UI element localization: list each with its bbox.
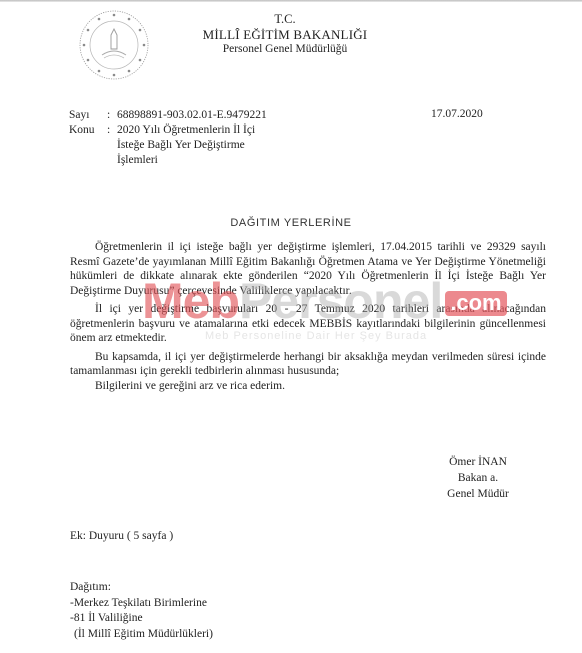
distribution-item: -Merkez Teşkilatı Birimlerine (70, 596, 213, 612)
signature-block: Ömer İNAN Bakan a. Genel Müdür (438, 454, 518, 502)
sayi-row: Sayı : 68898891-903.02.01-E.9479221 (69, 108, 327, 123)
signer-title: Bakan a. (438, 470, 518, 486)
body-paragraph: İl içi yer değiştirme başvuruları 20 - 2… (70, 302, 546, 346)
distribution-list: Dağıtım: -Merkez Teşkilatı Birimlerine -… (70, 580, 213, 642)
ministry-seal-icon (78, 9, 150, 81)
konu-line: İşlemleri (117, 153, 327, 168)
konu-line: İsteğe Bağlı Yer Değiştirme (117, 138, 327, 153)
distribution-label: Dağıtım: (70, 580, 213, 596)
ministry-name: MİLLÎ EĞİTİM BAKANLIĞI (200, 27, 370, 42)
country-label: T.C. (200, 12, 370, 27)
signer-position: Genel Müdür (438, 486, 518, 502)
distribution-item: (İl Millî Eğitim Müdürlükleri) (70, 627, 213, 643)
letter-date: 17.07.2020 (431, 108, 483, 120)
letter-body: Öğretmenlerin il içi isteğe bağlı yer de… (70, 240, 546, 397)
colon: : (107, 108, 117, 123)
konu-line: 2020 Yılı Öğretmenlerin İl İçi (117, 123, 327, 138)
letterhead: T.C. MİLLÎ EĞİTİM BAKANLIĞI Personel Gen… (200, 12, 370, 57)
konu-row: Konu : 2020 Yılı Öğretmenlerin İl İçi İs… (69, 123, 327, 168)
distribution-heading: DAĞITIM YERLERİNE (0, 217, 582, 229)
sayi-value: 68898891-903.02.01-E.9479221 (117, 108, 327, 123)
distribution-item: -81 İl Valiliğine (70, 611, 213, 627)
body-paragraph: Bu kapsamda, il içi yer değiştirmelerde … (70, 350, 546, 379)
konu-label: Konu (69, 123, 107, 168)
konu-value: 2020 Yılı Öğretmenlerin İl İçi İsteğe Ba… (117, 123, 327, 168)
body-paragraph: Öğretmenlerin il içi isteğe bağlı yer de… (70, 240, 546, 298)
letter-meta: Sayı : 68898891-903.02.01-E.9479221 Konu… (69, 108, 327, 168)
body-paragraph: Bilgilerini ve gereğini arz ve rica eder… (70, 379, 546, 394)
signer-name: Ömer İNAN (438, 454, 518, 470)
official-letter: T.C. MİLLÎ EĞİTİM BAKANLIĞI Personel Gen… (0, 0, 582, 653)
attachment-note: Ek: Duyuru ( 5 sayfa ) (70, 530, 173, 542)
department-name: Personel Genel Müdürlüğü (200, 42, 370, 57)
colon: : (107, 123, 117, 168)
sayi-label: Sayı (69, 108, 107, 123)
